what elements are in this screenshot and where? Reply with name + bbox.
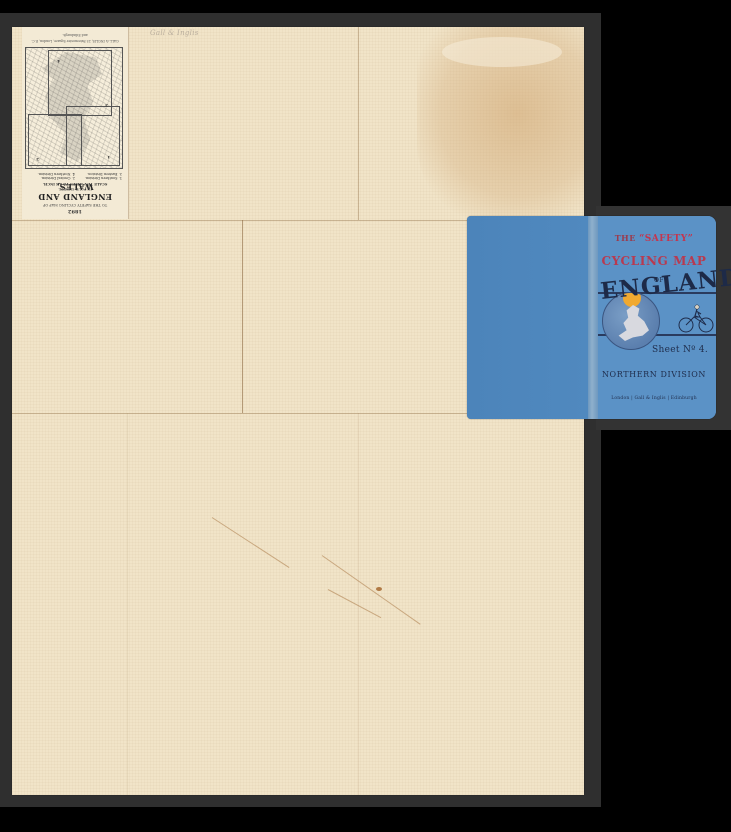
cover-sheet-number: Sheet Nº 4. <box>652 345 708 355</box>
fold-line-vertical-top <box>358 27 359 220</box>
cover-back-panel <box>467 216 588 419</box>
division-item: 1. Southern Division. <box>75 176 122 180</box>
cover-the: THE <box>615 233 636 243</box>
index-publisher: GALL & INGLIS, 25 Paternoster Square, Lo… <box>22 39 128 43</box>
sheet-number: 3 <box>105 103 108 108</box>
index-map-label: 1892 TO THE SAFETY CYCLING MAP OF ENGLAN… <box>22 27 129 219</box>
division-item: 2. Central Division. <box>28 176 75 180</box>
index-key-map: 1 2 3 4 <box>25 47 123 169</box>
stain-spot <box>376 587 382 591</box>
division-item: 4. Northern Division. <box>28 172 75 176</box>
cover-safety: “SAFETY” <box>639 234 693 244</box>
cover-spine <box>588 216 598 419</box>
cover-england: ENGLAND <box>599 263 731 305</box>
index-subtitle: IN FOUR SHEETS. <box>22 187 128 191</box>
handwritten-note: Gall & Inglis <box>150 29 199 37</box>
sheet-number: 2 <box>36 157 39 162</box>
cover-division: NORTHERN DIVISION <box>598 370 710 379</box>
index-year: 1892 <box>22 208 128 214</box>
cover-front-panel: THE “SAFETY” CYCLING MAP OF ENGLAND Shee… <box>598 216 716 419</box>
scratch-mark <box>328 589 381 618</box>
index-scale: SCALE TEN MILES TO AN INCH. <box>22 182 128 186</box>
cover-cycling-map: CYCLING MAP <box>598 254 710 268</box>
fold-line-vertical-middle <box>242 220 243 413</box>
cyclist-icon <box>678 303 714 333</box>
index-division-list: 1. Southern Division. 2. Central Divisio… <box>28 172 122 180</box>
sheet-number: 1 <box>107 155 110 160</box>
fold-line-vertical-bottom-left <box>127 413 128 795</box>
index-publisher-city: and Edinburgh. <box>22 33 128 37</box>
index-to-line: TO THE SAFETY CYCLING MAP OF <box>22 203 128 207</box>
cover-publisher: London | Gall & Inglis | Edinburgh <box>598 396 710 401</box>
scratch-mark <box>212 517 290 568</box>
scratch-mark <box>322 555 421 625</box>
map-cover: THE “SAFETY” CYCLING MAP OF ENGLAND Shee… <box>467 216 716 419</box>
cover-title-line-1: THE “SAFETY” <box>598 233 710 244</box>
sheet-number: 4 <box>57 59 60 64</box>
division-item: 3. Eastern Division. <box>75 172 122 176</box>
stain-highlight <box>442 37 562 67</box>
britain-silhouette <box>617 305 649 341</box>
